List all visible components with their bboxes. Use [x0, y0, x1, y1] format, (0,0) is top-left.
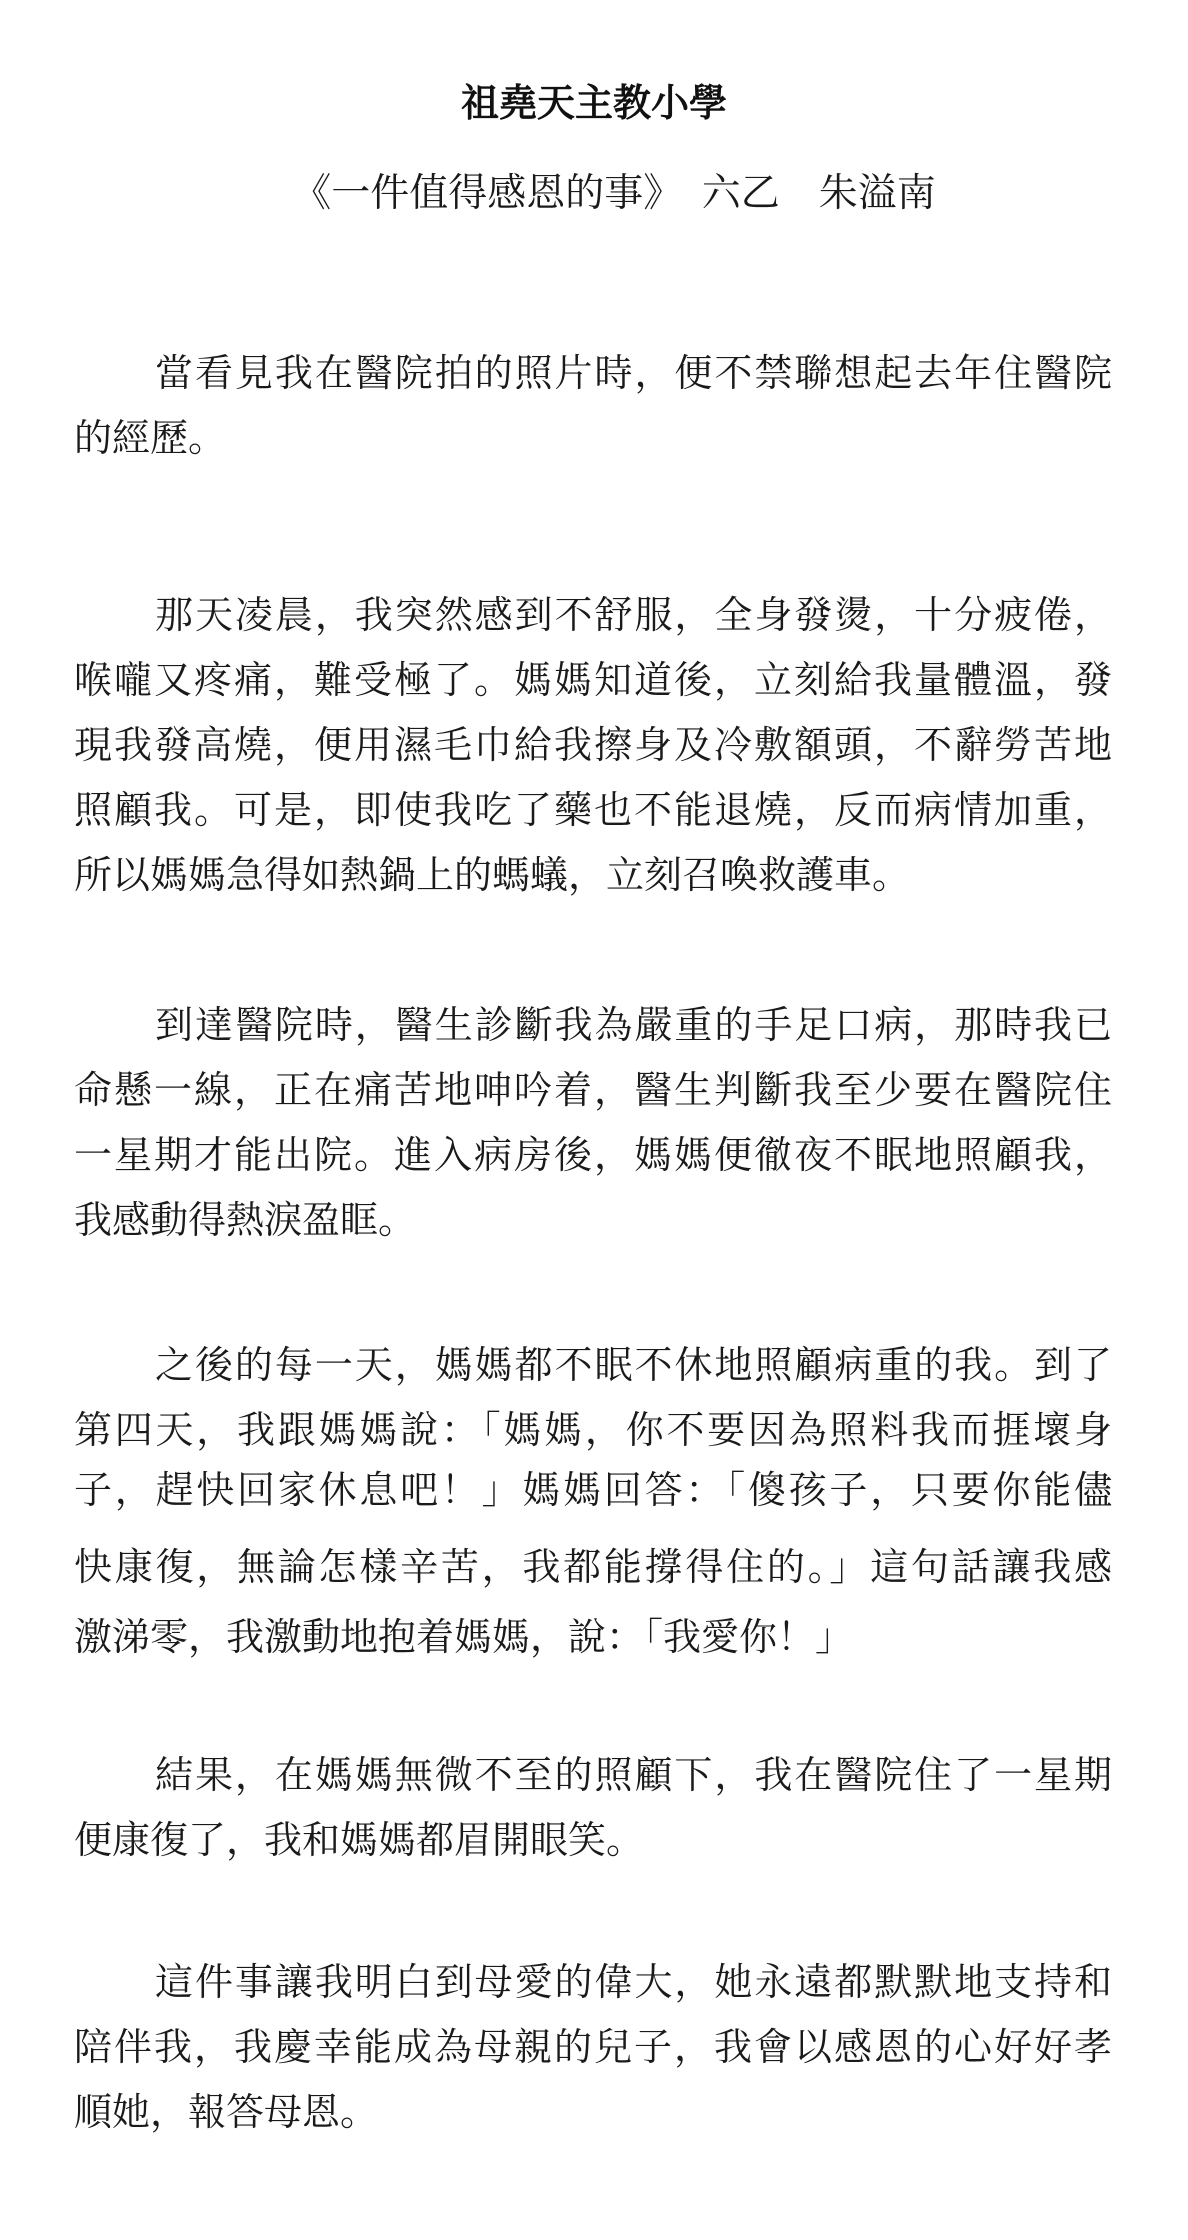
- paragraph-line: 現我發高燒，便用濕毛巾給我擦身及冷敷額頭，不辭勞苦地: [74, 719, 1112, 771]
- paragraph-line: 那天凌晨，我突然感到不舒服，全身發燙，十分疲倦，: [155, 589, 1112, 641]
- paragraph-line: 所以媽媽急得如熱鍋上的螞蟻，立刻召喚救護車。: [74, 849, 910, 901]
- paragraph-line: 照顧我。可是，即使我吃了藥也不能退燒，反而病情加重，: [74, 784, 1112, 836]
- paragraph-line: 到達醫院時，醫生診斷我為嚴重的手足口病，那時我已: [155, 999, 1112, 1051]
- paragraph-line: 的經歷。: [74, 412, 226, 464]
- paragraph-line: 子，趕快回家休息吧！」媽媽回答：「傻孩子，只要你能儘: [74, 1464, 1112, 1516]
- paragraph-line: 順她，報答母恩。: [74, 2086, 378, 2138]
- paragraph-line: 結果，在媽媽無微不至的照顧下，我在醫院住了一星期: [155, 1749, 1112, 1801]
- paragraph-line: 陪伴我，我慶幸能成為母親的兒子，我會以感恩的心好好孝: [74, 2021, 1112, 2073]
- essay-title-line: 《一件值得感恩的事》 六乙 朱溢南: [20, 168, 1188, 220]
- paragraph-line: 喉嚨又疼痛，難受極了。媽媽知道後，立刻給我量體溫，發: [74, 654, 1112, 706]
- paragraph-line: 我感動得熱淚盈眶。: [74, 1194, 416, 1246]
- school-name-heading: 祖堯天主教小學: [0, 78, 1188, 128]
- paragraph-line: 便康復了，我和媽媽都眉開眼笑。: [74, 1814, 644, 1866]
- paragraph-line: 這件事讓我明白到母愛的偉大，她永遠都默默地支持和: [155, 1956, 1112, 2008]
- paragraph-line: 一星期才能出院。進入病房後，媽媽便徹夜不眠地照顧我，: [74, 1129, 1112, 1181]
- paragraph-line: 激涕零，我激動地抱着媽媽，說：「我愛你！」: [74, 1611, 853, 1663]
- paragraph-line: 當看見我在醫院拍的照片時，便不禁聯想起去年住醫院: [155, 347, 1112, 399]
- paragraph-line: 之後的每一天，媽媽都不眠不休地照顧病重的我。到了: [155, 1339, 1112, 1391]
- paragraph-line: 第四天，我跟媽媽說：「媽媽，你不要因為照料我而捱壞身: [74, 1404, 1112, 1456]
- paragraph-line: 命懸一線，正在痛苦地呻吟着，醫生判斷我至少要在醫院住: [74, 1064, 1112, 1116]
- paragraph-line: 快康復，無論怎樣辛苦，我都能撐得住的。」這句話讓我感: [74, 1541, 1112, 1593]
